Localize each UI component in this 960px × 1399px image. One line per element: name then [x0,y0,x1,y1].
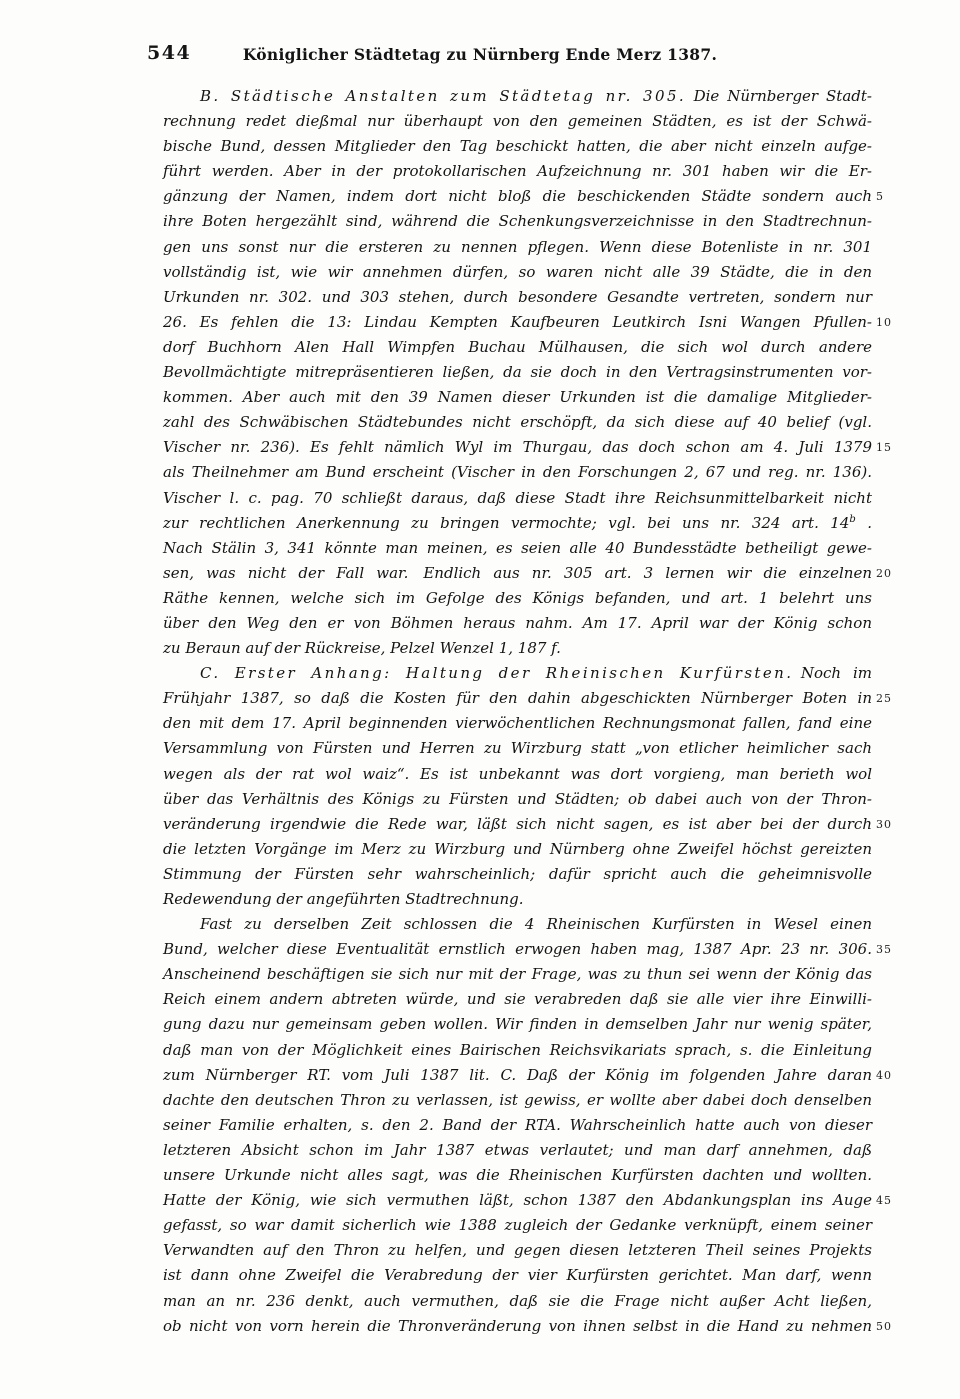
text-line: kommen. Aber auch mit den 39 Namen diese… [163,385,872,410]
line-number: 50 [876,1314,920,1339]
line-text: daß man von der Möglichkeit eines Bairis… [163,1041,872,1059]
line-text: zum Nürnberger RT. vom Juli 1387 lit. C.… [163,1066,872,1084]
line-text: über den Weg den er von Böhmen heraus na… [163,614,872,632]
line-text: Noch im [793,664,872,682]
text-line: letzteren Absicht schon im Jahr 1387 etw… [163,1138,872,1163]
text-line: Versammlung von Fürsten und Herren zu Wi… [163,736,872,761]
text-line: dachte den deutschen Thron zu verlassen,… [163,1088,872,1113]
text-line: Vischer nr. 236). Es fehlt nämlich Wyl i… [163,435,872,460]
running-header: Königlicher Städtetag zu Nürnberg Ende M… [0,45,960,64]
text-line: Anscheinend beschäftigen sie sich nur mi… [163,962,872,987]
line-number: 10 [876,310,920,335]
line-text: gefasst, so war damit sicherlich wie 138… [163,1216,872,1234]
text-line: veränderung irgendwie die Rede war, läßt… [163,812,872,837]
text-line: über den Weg den er von Böhmen heraus na… [163,611,872,636]
text-line: ihre Boten hergezählt sind, während die … [163,209,872,234]
line-text: Verwandten auf den Thron zu helfen, und … [163,1241,872,1259]
line-text: Anscheinend beschäftigen sie sich nur mi… [163,965,872,983]
line-number: 15 [876,435,920,460]
line-text: Versammlung von Fürsten und Herren zu Wi… [163,739,872,757]
line-text: Bund, welcher diese Eventualität ernstli… [163,940,872,958]
line-text: zahl des Schwäbischen Städtebundes nicht… [163,413,872,431]
text-line: zur rechtlichen Anerkennung zu bringen v… [163,511,872,536]
line-text: führt werden. Aber in der protokollarisc… [163,162,872,180]
text-line: gung dazu nur gemeinsam geben wollen. Wi… [163,1012,872,1037]
text-line: C. Erster Anhang: Haltung der Rheinische… [163,661,872,686]
line-text: gung dazu nur gemeinsam geben wollen. Wi… [163,1015,872,1033]
line-text: Vischer nr. 236). Es fehlt nämlich Wyl i… [163,438,872,456]
text-line: gänzung der Namen, indem dort nicht bloß… [163,184,872,209]
line-text: dorf Buchhorn Alen Hall Wimpfen Buchau M… [163,338,872,356]
text-line: über das Verhältnis des Königs zu Fürste… [163,787,872,812]
spaced-heading: B. Städtische Anstalten zum Städtetag nr… [200,87,686,105]
line-text: man an nr. 236 denkt, auch vermuthen, da… [163,1292,872,1310]
line-number: 25 [876,686,920,711]
line-text: gen uns sonst nur die ersteren zu nennen… [163,238,872,256]
line-text: gänzung der Namen, indem dort nicht bloß… [163,187,872,205]
text-line: gefasst, so war damit sicherlich wie 138… [163,1213,872,1238]
line-text: sen, was nicht der Fall war. Endlich aus… [163,564,872,582]
text-line: führt werden. Aber in der protokollarisc… [163,159,872,184]
line-text: als Theilnehmer am Bund erscheint (Visch… [163,463,872,481]
text-line: dorf Buchhorn Alen Hall Wimpfen Buchau M… [163,335,872,360]
text-line: als Theilnehmer am Bund erscheint (Visch… [163,460,872,485]
line-text: zur rechtlichen Anerkennung zu bringen v… [163,514,849,532]
text-line: man an nr. 236 denkt, auch vermuthen, da… [163,1289,872,1314]
line-text: 26. Es fehlen die 13: Lindau Kempten Kau… [163,313,872,331]
line-text: die letzten Vorgänge im Merz zu Wirzburg… [163,840,872,858]
line-number: 35 [876,937,920,962]
line-text: den mit dem 17. April beginnenden vierwö… [163,714,872,732]
line-text: . [856,514,872,532]
line-number: 45 [876,1188,920,1213]
text-line: daß man von der Möglichkeit eines Bairis… [163,1038,872,1063]
line-text: Vischer l. c. pag. 70 schließt daraus, d… [163,489,872,507]
text-line: seiner Familie erhalten, s. den 2. Band … [163,1113,872,1138]
text-line: bische Bund, dessen Mitglieder den Tag b… [163,134,872,159]
text-line: Urkunden nr. 302. und 303 stehen, durch … [163,285,872,310]
text-line: Hatte der König, wie sich vermuthen läßt… [163,1188,872,1213]
line-text: ist dann ohne Zweifel die Verabredung de… [163,1266,872,1284]
text-line: unsere Urkunde nicht alles sagt, was die… [163,1163,872,1188]
scanned-book-page: 544 Königlicher Städtetag zu Nürnberg En… [0,0,960,1399]
text-line: Stimmung der Fürsten sehr wahrscheinlich… [163,862,872,887]
text-line: Räthe kennen, welche sich im Gefolge des… [163,586,872,611]
text-line: den mit dem 17. April beginnenden vierwö… [163,711,872,736]
line-text: zu Beraun auf der Rückreise, Pelzel Wenz… [163,639,561,657]
text-line: zu Beraun auf der Rückreise, Pelzel Wenz… [163,636,872,661]
line-number: 40 [876,1063,920,1088]
line-text: veränderung irgendwie die Rede war, läßt… [163,815,872,833]
line-text: Räthe kennen, welche sich im Gefolge des… [163,589,872,607]
line-text: bische Bund, dessen Mitglieder den Tag b… [163,137,872,155]
page-body: B. Städtische Anstalten zum Städtetag nr… [163,84,872,1339]
line-text: Reich einem andern abtreten würde, und s… [163,990,872,1008]
text-line: Nach Stälin 3, 341 könnte man meinen, es… [163,536,872,561]
line-text: ob nicht von vorn herein die Thronveränd… [163,1317,872,1335]
line-text: Stimmung der Fürsten sehr wahrscheinlich… [163,865,872,883]
text-line: Redewendung der angeführten Stadtrechnun… [163,887,872,912]
line-number: 30 [876,812,920,837]
line-text: Redewendung der angeführten Stadtrechnun… [163,890,524,908]
line-text: unsere Urkunde nicht alles sagt, was die… [163,1166,872,1184]
text-line: Fast zu derselben Zeit schlossen die 4 R… [163,912,872,937]
text-line: Vischer l. c. pag. 70 schließt daraus, d… [163,486,872,511]
spaced-heading: C. Erster Anhang: Haltung der Rheinische… [200,664,793,682]
line-text: Nach Stälin 3, 341 könnte man meinen, es… [163,539,872,557]
text-line: Bevollmächtigte mitrepräsentieren ließen… [163,360,872,385]
line-text: Bevollmächtigte mitrepräsentieren ließen… [163,363,872,381]
text-line: zahl des Schwäbischen Städtebundes nicht… [163,410,872,435]
line-number: 5 [876,184,920,209]
line-text: Die Nürnberger Stadt- [686,87,872,105]
text-line: Verwandten auf den Thron zu helfen, und … [163,1238,872,1263]
text-line: Reich einem andern abtreten würde, und s… [163,987,872,1012]
line-text: Frühjahr 1387, so daß die Kosten für den… [163,689,872,707]
text-line: sen, was nicht der Fall war. Endlich aus… [163,561,872,586]
line-text: über das Verhältnis des Königs zu Fürste… [163,790,872,808]
text-line: wegen als der rat wol waiz“. Es ist unbe… [163,762,872,787]
text-line: ist dann ohne Zweifel die Verabredung de… [163,1263,872,1288]
text-line: 26. Es fehlen die 13: Lindau Kempten Kau… [163,310,872,335]
line-text: ihre Boten hergezählt sind, während die … [163,212,872,230]
text-line: gen uns sonst nur die ersteren zu nennen… [163,235,872,260]
line-text: Urkunden nr. 302. und 303 stehen, durch … [163,288,872,306]
line-number: 20 [876,561,920,586]
line-text: vollständig ist, wie wir annehmen dürfen… [163,263,872,281]
line-text: rechnung redet dießmal nur überhaupt von… [163,112,872,130]
text-line: zum Nürnberger RT. vom Juli 1387 lit. C.… [163,1063,872,1088]
line-text: Fast zu derselben Zeit schlossen die 4 R… [200,915,872,933]
line-text: dachte den deutschen Thron zu verlassen,… [163,1091,872,1109]
line-text: seiner Familie erhalten, s. den 2. Band … [163,1116,872,1134]
line-text: letzteren Absicht schon im Jahr 1387 etw… [163,1141,872,1159]
text-line: rechnung redet dießmal nur überhaupt von… [163,109,872,134]
text-line: Bund, welcher diese Eventualität ernstli… [163,937,872,962]
text-line: ob nicht von vorn herein die Thronveränd… [163,1314,872,1339]
text-line: vollständig ist, wie wir annehmen dürfen… [163,260,872,285]
text-line: B. Städtische Anstalten zum Städtetag nr… [163,84,872,109]
line-text: wegen als der rat wol waiz“. Es ist unbe… [163,765,872,783]
line-text: Hatte der König, wie sich vermuthen läßt… [163,1191,872,1209]
text-line: die letzten Vorgänge im Merz zu Wirzburg… [163,837,872,862]
line-text: kommen. Aber auch mit den 39 Namen diese… [163,388,872,406]
text-line: Frühjahr 1387, so daß die Kosten für den… [163,686,872,711]
